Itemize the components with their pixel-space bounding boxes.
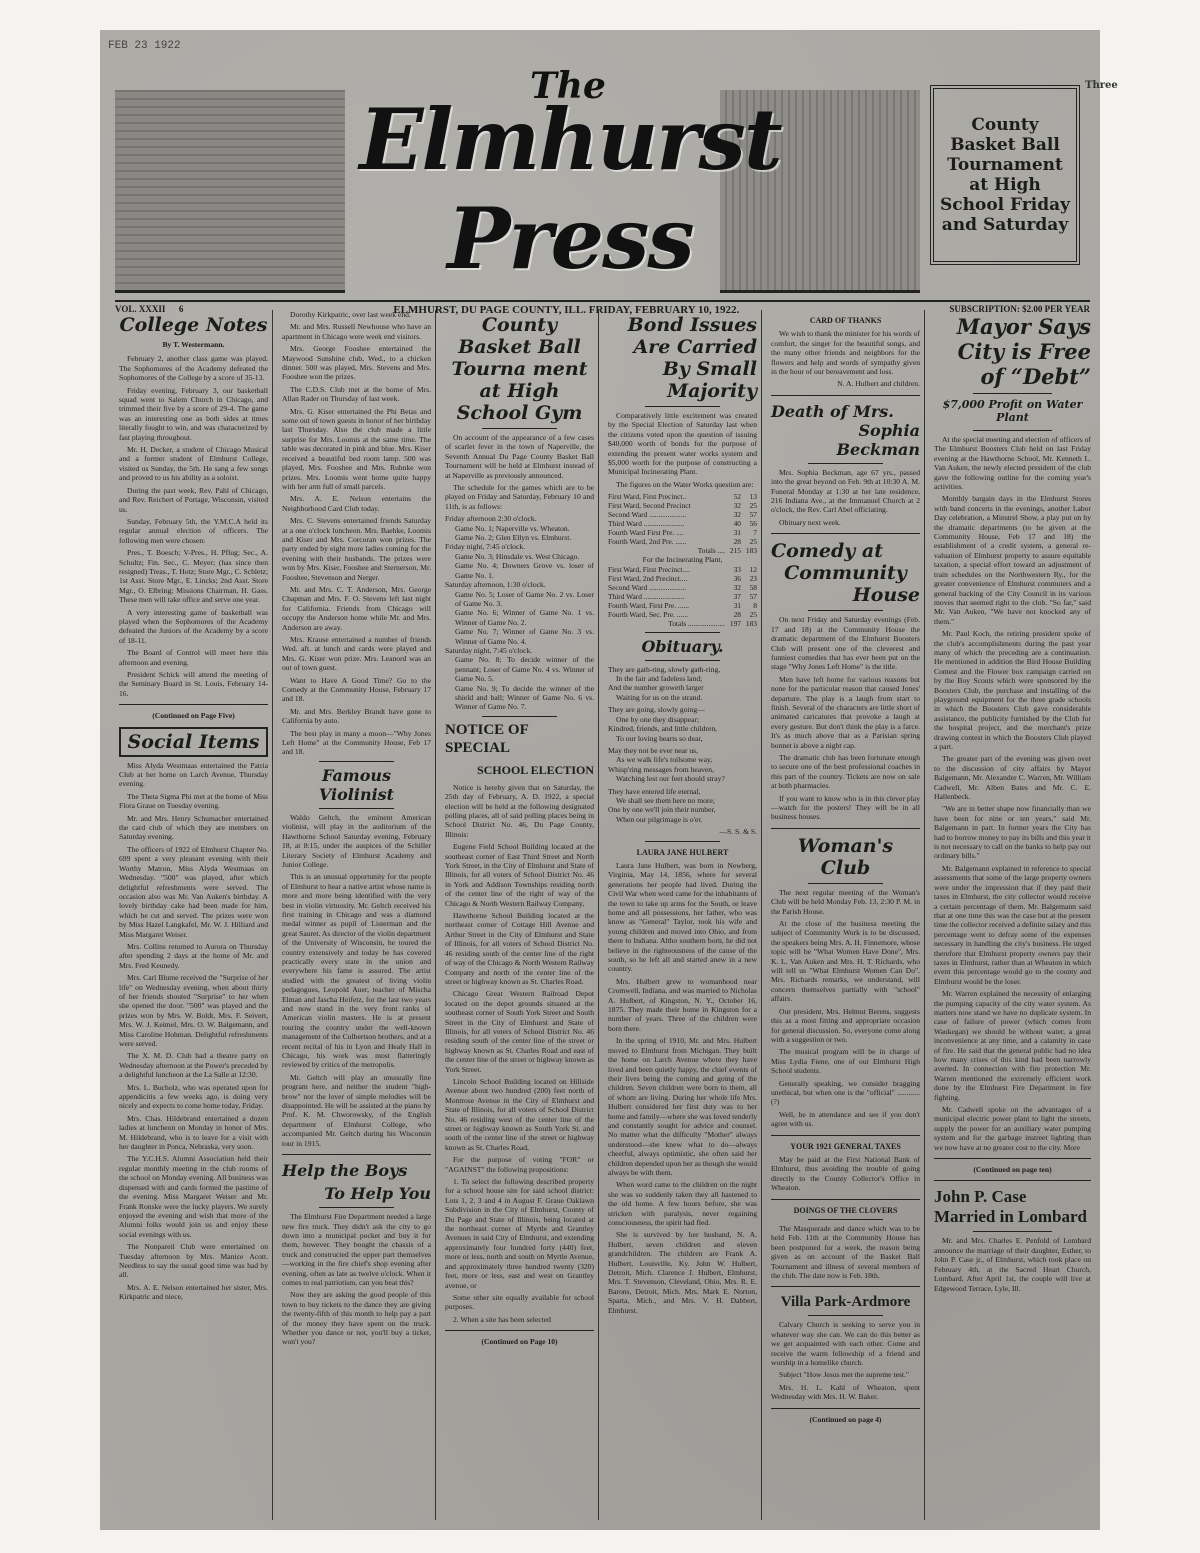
paragraph: Mrs. C. Stevens entertained friends Satu… (282, 516, 431, 582)
paragraph: Mr. and Mrs. Henry Schumacher entertaine… (119, 814, 268, 842)
subhead-water-plant-profit: $7,000 Profit on Water Plant (934, 398, 1091, 424)
college-notes-body: February 2, another class game was playe… (119, 354, 268, 698)
column-5: CARD OF THANKS We wish to thank the mini… (767, 310, 925, 1520)
paragraph: In the spring of 1910, Mr. and Mrs. Hulb… (608, 1036, 757, 1177)
poem-stanza: They are going, slowly going—One by one … (608, 705, 757, 743)
paragraph: Sunday, February 5th, the Y.M.C.A held i… (119, 517, 268, 545)
paragraph: Mr. Cadwell spoke on the advantages of a… (934, 1105, 1091, 1152)
paragraph: The musical program will be in charge of… (771, 1047, 920, 1075)
tournament-schedule: Friday afternoon 2:30 o'clock.Game No. 1… (445, 514, 594, 712)
paragraph: Comparatively little excitement was crea… (608, 411, 757, 477)
mayor-body: At the special meeting and election of o… (934, 435, 1091, 1152)
paragraph: If you want to know who is in this cleve… (771, 794, 920, 822)
paragraph: The Y.C.H.S. Alumni Association held the… (119, 1154, 268, 1239)
vote-row: First Ward, Second Precinct3225 (608, 501, 757, 510)
paragraph: The next regular meeting of the Woman's … (771, 888, 920, 916)
paragraph: Notice is hereby given that on Saturday,… (445, 783, 594, 839)
headline-help-the-boys: Help the Boys (282, 1161, 431, 1180)
poem-stanza: They are gath-ring, slowly gath-ring,In … (608, 665, 757, 703)
newspaper-page: FEB 23 1922 The Elmhurst Press County Ba… (100, 30, 1100, 1530)
beckman-body: Mrs. Sophia Beckman, age 67 yrs., passed… (771, 468, 920, 527)
fire-dept-body: The Elmhurst Fire Department needed a la… (282, 1212, 431, 1347)
column-3: County Basket Ball Tourna ment at High S… (441, 310, 599, 1520)
headline-basketball-tournament: County Basket Ball Tourna ment at High S… (445, 314, 594, 424)
incinerator-totals: Totals .................... 197 183 (608, 619, 757, 628)
headline-mayor-says: Mayor Says City is Free of “Debt” (934, 314, 1091, 389)
paragraph: At the close of the business meeting the… (771, 919, 920, 1004)
masthead: The Elmhurst Press County Basket Ball To… (100, 50, 1100, 290)
paragraph: Some other site equally available for sc… (445, 1293, 594, 1312)
social-items-continued: Dorothy Kirkpatric, over last week end.M… (282, 310, 431, 757)
election-body: Notice is hereby given that on Saturday,… (445, 783, 594, 1324)
paragraph: Mr. and Mrs. C. T. Anderson, Mrs. George… (282, 585, 431, 632)
paragraph: Mrs. L. Bucholz, who was operated upon f… (119, 1083, 268, 1111)
paragraph: During the past week, Rev. Pahl of Chica… (119, 486, 268, 514)
hulbert-body: Laura Jane Hulbert, was born in Newberg,… (608, 861, 757, 1315)
headline-death-of-mrs: Death of Mrs. (771, 402, 920, 421)
paragraph: Dorothy Kirkpatric, over last week end. (282, 310, 431, 319)
paragraph: A very interesting game of basketball wa… (119, 608, 268, 646)
paragraph: Mrs. Sophia Beckman, age 67 yrs., passed… (771, 468, 920, 515)
ear-box: County Basket Ball Tournament at High Sc… (930, 85, 1080, 265)
paragraph: Miss Alyda Westmaas entertained the Patr… (119, 761, 268, 789)
headline-womans-club: Woman's Club (771, 835, 920, 879)
schedule-game: Game No. 9; To decide the winner of the … (445, 684, 594, 712)
schedule-game: Game No. 7; Winner of Game No. 3 vs. Win… (445, 627, 594, 646)
paragraph: The X. M. D. Club had a theatre party on… (119, 1051, 268, 1079)
paragraph: The Board of Control will meet here this… (119, 648, 268, 667)
paragraph: 1. To select the following described pro… (445, 1177, 594, 1290)
water-works-totals: Totals .... 215 183 (608, 546, 757, 555)
paragraph: Mrs. Carl Blume received the "Surprise o… (119, 973, 268, 1048)
headline-laura-jane-hulbert: LAURA JANE HULBERT (608, 848, 757, 857)
schedule-game: Game No. 3; Hinsdale vs. West Chicago. (445, 552, 594, 561)
paragraph: Mrs. Hulbert grew to womanhood near Crom… (608, 977, 757, 1033)
headline-card-of-thanks: CARD OF THANKS (771, 316, 920, 325)
paragraph: The greater part of the evening was give… (934, 754, 1091, 801)
paragraph: Mrs. George Fooshee entertained the Mayw… (282, 344, 431, 382)
paragraph: February 2, another class game was playe… (119, 354, 268, 382)
headline-house: House (771, 584, 920, 606)
headline-john-p-case: John P. Case Married in Lombard (934, 1187, 1091, 1227)
newspaper-title: Elmhurst Press (260, 90, 880, 288)
paragraph: Our president, Mrs. Helmut Berens, sugge… (771, 1007, 920, 1045)
paragraph: Mr. Geltch will play an unusually fine p… (282, 1073, 431, 1148)
column-1: College Notes By T. Westermann. February… (115, 310, 273, 1520)
villa-park-body: Calvary Church is seeking to serve you i… (771, 1320, 920, 1401)
headline-school-election: SCHOOL ELECTION (445, 761, 594, 779)
bond-body: Comparatively little excitement was crea… (608, 411, 757, 489)
vote-row: Second Ward ....................3258 (608, 583, 757, 592)
paragraph: Mr. Balgemann explained in reference to … (934, 864, 1091, 986)
paragraph: "We are in better shape now financially … (934, 804, 1091, 860)
paragraph: For the purpose of voting "FOR" or "AGAI… (445, 1155, 594, 1174)
paragraph: The best play in many a moon—"Why Jones … (282, 729, 431, 757)
continued-note: (Continued on page 4) (771, 1415, 920, 1424)
headline-famous-violinist: Famous Violinist (282, 766, 431, 804)
poem-stanza: They have entered life eternal,We shall … (608, 787, 757, 825)
paragraph: Mr. Paul Koch, the retiring president sp… (934, 629, 1091, 751)
vote-row: First Ward, 2nd Precinct....3623 (608, 574, 757, 583)
paragraph: The figures on the Water Works question … (608, 480, 757, 489)
paragraph: Generally speaking, we consider bragging… (771, 1079, 920, 1107)
paragraph: Hawthorne School Building located at the… (445, 911, 594, 986)
columns: College Notes By T. Westermann. February… (115, 310, 1095, 1520)
paragraph: The dramatic club has been fortunate eno… (771, 753, 920, 791)
water-works-vote-table: First Ward, First Precinct..5213First Wa… (608, 492, 757, 546)
case-text: Mr. and Mrs. Charles E. Penfold of Lomba… (934, 1236, 1091, 1292)
headline-bond-issues: Bond Issues Are Carried By Small Majorit… (608, 314, 757, 402)
schedule-session: Friday afternoon 2:30 o'clock. (445, 514, 594, 523)
headline-general-taxes: YOUR 1921 GENERAL TAXES (771, 1142, 920, 1151)
paragraph: Mrs. Chas. Hildebrand entertained a doze… (119, 1114, 268, 1152)
poem-signature: —S. S. & S. (608, 827, 757, 836)
vote-row: Second Ward ....................3257 (608, 510, 757, 519)
vote-row: Third Ward ......................4056 (608, 519, 757, 528)
continued-note: (Continued on Page Five) (119, 711, 268, 720)
poem-stanza: May they not be ever near us,As we walk … (608, 746, 757, 784)
headline-notice-special: NOTICE OF SPECIAL (445, 721, 594, 757)
paragraph: On account of the appearance of a few ca… (445, 433, 594, 480)
byline: By T. Westermann. (119, 340, 268, 349)
paragraph: Waldo Geltch, the eminent American violi… (282, 813, 431, 869)
clovers-text: The Masquerade and dance which was to be… (771, 1224, 920, 1280)
obituary-poem: They are gath-ring, slowly gath-ring,In … (608, 665, 757, 825)
paragraph: President Schick will attend the meeting… (119, 670, 268, 698)
paragraph: Well, be in attendance and see if you do… (771, 1110, 920, 1129)
thanks-text: We wish to thank the minister for his wo… (771, 329, 920, 376)
headline-to-help-you: To Help You (282, 1184, 431, 1203)
paragraph: Men have left home for various reasons b… (771, 675, 920, 750)
column-4: Bond Issues Are Carried By Small Majorit… (604, 310, 762, 1520)
paragraph: Eugene Field School Building located at … (445, 842, 594, 908)
headline-obituary: Obituary. (608, 637, 757, 656)
paragraph: Mr. H. Decker, a student of Chicago Musi… (119, 445, 268, 483)
paragraph: Mr. Warren explained the necessity of en… (934, 989, 1091, 1102)
violinist-body: Waldo Geltch, the eminent American violi… (282, 813, 431, 1148)
headline-college-notes: College Notes (119, 314, 268, 336)
paragraph: This is an unusual opportunity for the p… (282, 872, 431, 1070)
paragraph: Obituary next week. (771, 518, 920, 527)
paragraph: Lincoln School Building located on Hills… (445, 1077, 594, 1152)
paragraph: The officers of 1922 of Elmhurst Chapter… (119, 845, 268, 939)
headline-doings-of-the-clovers: DOINGS OF THE CLOVERS (771, 1206, 920, 1215)
column-6: Mayor Says City is Free of “Debt” $7,000… (930, 310, 1095, 1520)
incinerator-intro: For the Incinerating Plant, (608, 555, 757, 564)
schedule-session: Saturday afternoon, 1:30 o'clock. (445, 580, 594, 589)
headline-sophia-beckman: Sophia Beckman (771, 421, 920, 459)
schedule-game: Game No. 1; Naperville vs. Wheaton. (445, 524, 594, 533)
thanks-signature: N. A. Hulbert and children. (771, 379, 920, 388)
paragraph: 2. When a site has been selected (445, 1315, 594, 1324)
headline-social-items: Social Items (119, 727, 268, 757)
paragraph: Calvary Church is seeking to serve you i… (771, 1320, 920, 1367)
column-2: Dorothy Kirkpatric, over last week end.M… (278, 310, 436, 1520)
paragraph: Chicago Great Western Railroad Depot loc… (445, 989, 594, 1074)
paragraph: She is survived by her husband, N. A. Hu… (608, 1230, 757, 1315)
headline-comedy-at: Comedy at (771, 540, 920, 562)
comedy-body: On next Friday and Saturday evenings (Fe… (771, 615, 920, 822)
paragraph: Mrs. Krause entertained a number of frie… (282, 635, 431, 673)
paragraph: The C.D.S. Club met at the home of Mrs. … (282, 385, 431, 404)
paragraph: The schedule for the games which are to … (445, 483, 594, 511)
taxes-text: May be paid at the First National Bank o… (771, 1155, 920, 1193)
paragraph: Laura Jane Hulbert, was born in Newberg,… (608, 861, 757, 974)
vote-row: Fourth Ward, First Pre. ......318 (608, 601, 757, 610)
vote-row: First Ward, First Precinct....3312 (608, 565, 757, 574)
schedule-game: Game No. 5; Loser of Game No. 2 vs. Lose… (445, 590, 594, 609)
womans-club-body: The next regular meeting of the Woman's … (771, 888, 920, 1129)
vote-row: Fourth Ward, 2nd Pre. ......2825 (608, 537, 757, 546)
paragraph: The Nonpareil Club were entertained on T… (119, 1242, 268, 1280)
continued-note: (Continued on Page 10) (445, 1337, 594, 1346)
paragraph: Mrs. H. L. Kahl of Wheaton, spent Wednes… (771, 1383, 920, 1402)
paragraph: At the special meeting and election of o… (934, 435, 1091, 491)
paragraph: Friday evening, February 3, our basketba… (119, 386, 268, 442)
ear-edge-text: Three (1085, 80, 1118, 91)
vote-row: Fourth Ward First Pre. ....317 (608, 528, 757, 537)
paragraph: Mr. and Mrs. Russell Newhouse who have a… (282, 322, 431, 341)
paragraph: Mr. and Mrs. Berkley Brandt have gone to… (282, 707, 431, 726)
tournament-body: On account of the appearance of a few ca… (445, 433, 594, 511)
paragraph: Monthly bargain days in the Elmhurst Sto… (934, 494, 1091, 626)
social-items-body: Miss Alyda Westmaas entertained the Patr… (119, 761, 268, 1302)
schedule-game: Game No. 2; Glen Ellyn vs. Elmhurst. (445, 533, 594, 542)
paragraph: On next Friday and Saturday evenings (Fe… (771, 615, 920, 671)
paragraph: When word came to the children on the ni… (608, 1180, 757, 1227)
schedule-game: Game No. 6; Winner of Game No. 1 vs. Win… (445, 608, 594, 627)
schedule-game: Game No. 4; Downers Grove vs. loser of G… (445, 561, 594, 580)
schedule-session: Friday night, 7:45 o'clock. (445, 542, 594, 551)
paragraph: Mrs. Collins returned to Aurora on Thurs… (119, 942, 268, 970)
paragraph: Mrs. A. E. Nelson entertains the Neighbo… (282, 494, 431, 513)
incinerator-vote-table: First Ward, First Precinct....3312First … (608, 565, 757, 619)
paragraph: Want to Have A Good Time? Go to the Come… (282, 676, 431, 704)
paragraph: Mrs. G. Kiser entertained the Phi Betas … (282, 407, 431, 492)
schedule-session: Saturday night, 7:45 o'clock. (445, 646, 594, 655)
vote-row: Third Ward ......................3757 (608, 592, 757, 601)
paragraph: Mrs. A. E. Nelson entertained her sister… (119, 1283, 268, 1302)
schedule-game: Game No. 8; To decide winner of the penn… (445, 655, 594, 683)
headline-community: Community (771, 562, 920, 584)
paragraph: Pres., T. Boesch; V-Pres., H. Pflug; Sec… (119, 548, 268, 604)
continued-note: (Continued on page ten) (934, 1165, 1091, 1174)
vote-row: Fourth Ward, Sec. Pre. ......2825 (608, 610, 757, 619)
paragraph: The Theta Sigma Phi met at the home of M… (119, 792, 268, 811)
paragraph: Subject "How Jesus met the supreme test.… (771, 1370, 920, 1379)
vote-row: First Ward, First Precinct..5213 (608, 492, 757, 501)
headline-villa-park-ardmore: Villa Park-Ardmore (771, 1293, 920, 1311)
paragraph: Now they are asking the good people of t… (282, 1290, 431, 1346)
paragraph: The Elmhurst Fire Department needed a la… (282, 1212, 431, 1287)
